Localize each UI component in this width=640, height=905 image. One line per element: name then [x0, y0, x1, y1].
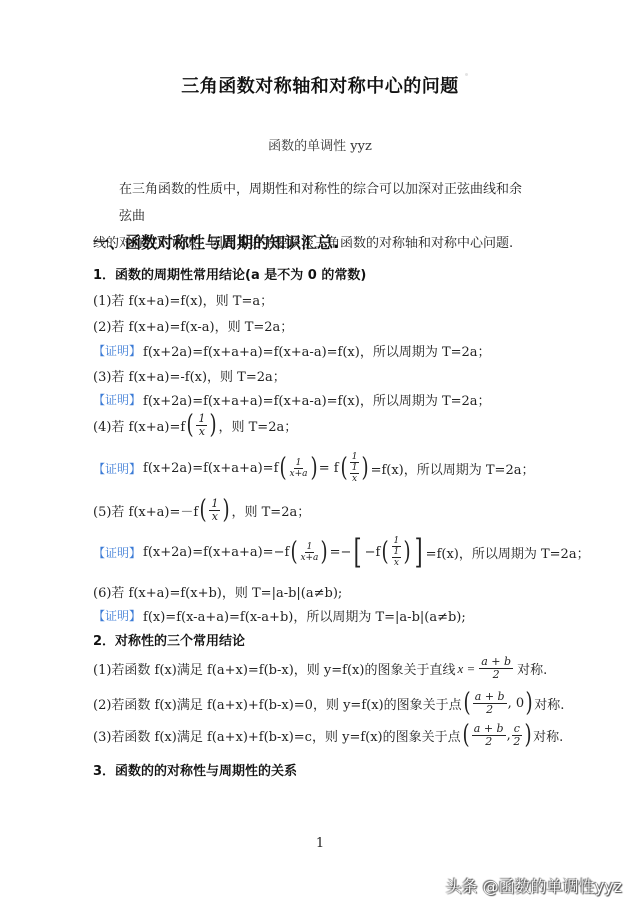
periodicity-item-5: (5)若 f(x+a)=－f ( 1x ) ，则 T=2a； [93, 497, 310, 523]
formula-prefix: (3)若函数 f(x)满足 f(a+x)+f(b-x)=c，则 y=f(x)的图… [93, 726, 461, 745]
right-paren: ) [362, 455, 369, 481]
fraction: a + b2 [472, 723, 506, 748]
fraction: 1x+a [300, 542, 318, 563]
left-paren: ( [187, 412, 194, 438]
page-title: 三角函数对称轴和对称中心的问题 [0, 72, 640, 98]
formula-prefix: (4)若 f(x+a)=f [93, 416, 185, 435]
symmetry-item-3: (3)若函数 f(x)满足 f(a+x)+f(b-x)=c，则 y=f(x)的图… [93, 722, 563, 748]
proof-label: 【证明】 [93, 342, 141, 359]
formula-prefix: (1)若函数 f(x)满足 f(a+x)=f(b-x)，则 y=f(x)的图象关… [93, 659, 455, 678]
left-paren: ( [280, 455, 287, 481]
periodicity-item-4: (4)若 f(x+a)=f ( 1x ) ，则 T=2a； [93, 412, 297, 438]
fraction: a + b2 [473, 691, 507, 716]
document-page: 三角函数对称轴和对称中心的问题 函数的单调性 yyz 在三角函数的性质中，周期性… [0, 0, 640, 905]
numerator: a + b [473, 691, 507, 704]
second-coordinate: , 0 [508, 696, 525, 711]
proof-label: 【证明】 [93, 391, 141, 408]
denominator: x+a [300, 553, 318, 563]
proof-label: 【证明】 [93, 460, 141, 477]
subheading-relation: 3．函数的的对称性与周期性的关系 [93, 760, 297, 779]
left-paren: ( [340, 455, 347, 481]
formula-suffix: 对称. [533, 726, 563, 745]
formula-suffix: =f(x)，所以周期为 T=2a； [371, 459, 535, 478]
periodicity-item-3: (3)若 f(x+a)=-f(x)，则 T=2a； [93, 366, 286, 385]
denominator: x [212, 511, 218, 523]
denominator: 2 [485, 736, 492, 748]
numerator: 1 [294, 458, 304, 469]
numerator: 1 [209, 498, 220, 511]
proof-line-4: 【证明】 f(x+2a)=f(x+a+a)=f ( 1x+a ) = f ( 1… [93, 452, 534, 484]
denominator: 2 [486, 704, 493, 716]
right-paren: ) [404, 539, 411, 565]
formula-inner: −f [365, 545, 381, 560]
formula-mid: =− [330, 545, 352, 560]
numerator: c [512, 723, 522, 736]
numerator: a + b [472, 723, 506, 736]
intro-line-1: 在三角函数的性质中，周期性和对称性的综合可以加深对正弦曲线和余弦曲 [93, 176, 533, 230]
left-paren: ( [462, 722, 469, 748]
inner-fraction: 1x [392, 547, 402, 568]
watermark: 头条 @函数的单调性yyz [446, 874, 622, 897]
left-paren: ( [200, 497, 207, 523]
proof-line-6: 【证明】 f(x)=f(x-a+a)=f(x-a+b)，所以周期为 T=|a-b… [93, 606, 466, 625]
right-paren: ) [310, 455, 317, 481]
proof-line-2: 【证明】 f(x+2a)=f(x+a+a)=f(x+a-a)=f(x)，所以周期… [93, 341, 491, 360]
denominator: 2 [493, 669, 500, 681]
proof-label: 【证明】 [93, 544, 141, 561]
proof-text: f(x)=f(x-a+a)=f(x-a+b)，所以周期为 T=|a-b|(a≠b… [143, 606, 466, 625]
right-paren: ) [223, 497, 230, 523]
denominator: x [394, 558, 399, 568]
subheading-periodicity: 1．函数的周期性常用结论(a 是不为 0 的常数) [93, 264, 366, 283]
subheading-symmetry: 2．对称性的三个常用结论 [93, 630, 245, 649]
right-bracket: ] [415, 535, 423, 569]
numerator: 1 [196, 413, 207, 426]
denominator: 2 [513, 736, 520, 748]
right-paren: ) [524, 722, 531, 748]
fraction: 1x [196, 413, 207, 438]
numerator: 1 [350, 452, 360, 463]
fraction: 1x [209, 498, 220, 523]
formula-prefix: f(x+2a)=f(x+a+a)=f [143, 461, 278, 476]
right-paren: ) [210, 412, 217, 438]
left-paren: ( [382, 539, 389, 565]
periodicity-item-1: (1)若 f(x+a)=f(x)，则 T=a； [93, 290, 273, 309]
symmetry-item-2: (2)若函数 f(x)满足 f(a+x)+f(b-x)=0，则 y=f(x)的图… [93, 690, 564, 716]
section-heading-1: 一、函数对称性与周期的知识汇总. [93, 230, 339, 253]
formula-variable: x = [457, 661, 475, 677]
proof-line-3: 【证明】 f(x+2a)=f(x+a+a)=f(x+a-a)=f(x)，所以周期… [93, 390, 491, 409]
author-subtitle: 函数的单调性 yyz [0, 135, 640, 154]
formula-suffix: =f(x)，所以周期为 T=2a； [426, 543, 590, 562]
formula-suffix: ，则 T=2a； [219, 416, 298, 435]
formula-prefix: (2)若函数 f(x)满足 f(a+x)+f(b-x)=0，则 y=f(x)的图… [93, 694, 462, 713]
proof-line-5: 【证明】 f(x+2a)=f(x+a+a)=−f ( 1x+a ) =− [ −… [93, 535, 590, 569]
left-paren: ( [291, 539, 298, 565]
proof-label: 【证明】 [93, 607, 141, 624]
denominator: x+a [290, 469, 308, 479]
numerator: 1 [392, 536, 402, 547]
periodicity-item-2: (2)若 f(x+a)=f(x-a)，则 T=2a； [93, 316, 293, 335]
numerator: 1 [392, 547, 402, 558]
formula-suffix: ，则 T=2a； [232, 501, 311, 520]
page-number: 1 [0, 836, 640, 851]
nested-fraction: 11x [350, 452, 360, 484]
numerator: 1 [350, 463, 360, 474]
left-bracket: [ [354, 535, 362, 569]
formula-mid: = f [319, 461, 339, 476]
inner-fraction: 1x [350, 463, 360, 484]
fraction: 1x+a [290, 458, 308, 479]
denominator: x [352, 474, 357, 484]
numerator: 1 [305, 542, 315, 553]
symmetry-item-1: (1)若函数 f(x)满足 f(a+x)=f(b-x)，则 y=f(x)的图象关… [93, 656, 547, 681]
periodicity-item-6: (6)若 f(x+a)=f(x+b)，则 T=|a-b|(a≠b); [93, 582, 342, 601]
formula-suffix: 对称. [517, 659, 547, 678]
fraction: a + b2 [479, 656, 513, 681]
fraction: c2 [512, 723, 522, 748]
formula-prefix: (5)若 f(x+a)=－f [93, 501, 198, 520]
proof-text: f(x+2a)=f(x+a+a)=f(x+a-a)=f(x)，所以周期为 T=2… [143, 390, 491, 409]
denominator: x [199, 426, 205, 438]
right-paren: ) [526, 690, 533, 716]
right-paren: ) [321, 539, 328, 565]
formula-prefix: f(x+2a)=f(x+a+a)=−f [143, 545, 289, 560]
comma: , [507, 728, 511, 743]
proof-text: f(x+2a)=f(x+a+a)=f(x+a-a)=f(x)，所以周期为 T=2… [143, 341, 491, 360]
left-paren: ( [463, 690, 470, 716]
formula-suffix: 对称. [534, 694, 564, 713]
nested-fraction: 11x [392, 536, 402, 568]
